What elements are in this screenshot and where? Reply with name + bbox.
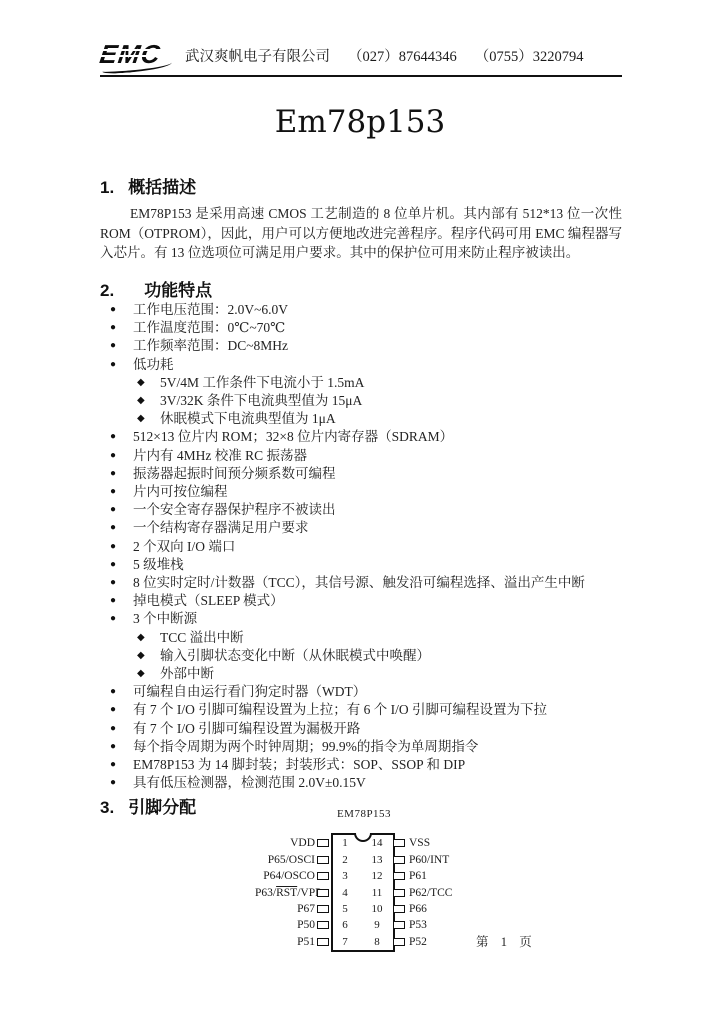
feature-item: EM78P153 为 14 脚封装；封装形式：SOP、SSOP 和 DIP (100, 756, 612, 774)
pin-stub (317, 938, 329, 946)
pin-rows: VDD 1 14 VSS P65/OSCI 2 13 P60/INT P64/O… (255, 835, 495, 950)
section-heading-pinout: 3.引脚分配 (100, 793, 196, 818)
document-page: EMC 武汉爽帆电子有限公司（027）87644346（0755）3220794… (0, 0, 720, 1012)
section-number: 3. (100, 798, 114, 818)
pin-stub (317, 905, 329, 913)
pin-diagram: EM78P153 VDD 1 14 VSS P65/OSCI 2 13 P60/… (255, 806, 495, 966)
pin-stub (393, 856, 405, 864)
pin-label-p65-osci: P65/OSCI (255, 854, 317, 866)
pin-number: 9 (361, 919, 393, 931)
phone-number-1: （027）87644346 (348, 49, 457, 65)
page-number: 第 1 页 (476, 932, 534, 950)
pin-number: 6 (329, 919, 361, 931)
page-title: Em78p153 (0, 104, 720, 140)
feature-item: 每个指令周期为两个时钟周期；99.9%的指令为单周期指令 (100, 738, 612, 756)
pin-label-p50: P50 (255, 919, 317, 931)
pin-stub (317, 872, 329, 880)
feature-item: 一个结构寄存器满足用户要求 (100, 519, 612, 537)
pin-label-vss: VSS (405, 837, 485, 849)
pin-row: P67 5 10 P66 (255, 901, 495, 917)
section-heading-features: 2.功能特点 (100, 276, 212, 301)
pin-number: 5 (329, 903, 361, 915)
pin-number: 1 (329, 837, 361, 849)
feature-subitem: 休眠模式下电流典型值为 1μA (100, 410, 612, 428)
pin-stub (393, 905, 405, 913)
pin-stub (393, 938, 405, 946)
section-title: 引脚分配 (128, 793, 196, 818)
chip-label: EM78P153 (319, 808, 409, 820)
feature-item: 工作电压范围：2.0V~6.0V (100, 301, 612, 319)
pin-number: 13 (361, 854, 393, 866)
feature-item: 片内可按位编程 (100, 483, 612, 501)
pin-stub (393, 889, 405, 897)
pin-stub (393, 921, 405, 929)
feature-item: 工作频率范围：DC~8MHz (100, 337, 612, 355)
feature-item: 512×13 位片内 ROM；32×8 位片内寄存器（SDRAM） (100, 428, 612, 446)
pin-number: 7 (329, 936, 361, 948)
pin-label-p53: P53 (405, 919, 485, 931)
section-title: 功能特点 (144, 276, 212, 301)
feature-item: 片内有 4MHz 校准 RC 振荡器 (100, 447, 612, 465)
pin-label-p52: P52 (405, 936, 485, 948)
pin-stub (317, 856, 329, 864)
pin-row: P64/OSCO 3 12 P61 (255, 868, 495, 884)
feature-item: 掉电模式（SLEEP 模式） (100, 592, 612, 610)
pin-label-p67: P67 (255, 903, 317, 915)
feature-subitem: 外部中断 (100, 665, 612, 683)
pin-row: P65/OSCI 2 13 P60/INT (255, 851, 495, 867)
feature-list: 工作电压范围：2.0V~6.0V 工作温度范围：0℃~70℃ 工作频率范围：DC… (100, 301, 612, 792)
pin-label-p62-tcc: P62/TCC (405, 887, 485, 899)
feature-item: 8 位实时定时/计数器（TCC），其信号源、触发沿可编程选择、溢出产生中断 (100, 574, 612, 592)
pin-label-part-overline: RST (276, 887, 297, 899)
pin-number: 8 (361, 936, 393, 948)
overview-paragraph: EM78P153 是采用高速 CMOS 工艺制造的 8 位单片机。其内部有 51… (100, 204, 622, 263)
feature-item: 有 7 个 I/O 引脚可编程设置为上拉；有 6 个 I/O 引脚可编程设置为下… (100, 701, 612, 719)
section-number: 2. (100, 281, 114, 301)
feature-item: 工作温度范围：0℃~70℃ (100, 319, 612, 337)
feature-item: 2 个双向 I/O 端口 (100, 538, 612, 556)
pin-row: P51 7 8 P52 (255, 934, 495, 950)
section-title: 概括描述 (128, 173, 196, 198)
phone-number-2: （0755）3220794 (475, 49, 584, 65)
feature-item: 3 个中断源 (100, 610, 612, 628)
pin-stub (317, 839, 329, 847)
pin-row: P63/RST/VPP 4 11 P62/TCC (255, 884, 495, 900)
pin-stub (393, 839, 405, 847)
emc-logo: EMC (100, 40, 178, 70)
feature-item: 低功耗 (100, 356, 612, 374)
feature-item: 5 级堆栈 (100, 556, 612, 574)
section-number: 1. (100, 178, 114, 198)
pin-label-p60-int: P60/INT (405, 854, 485, 866)
pin-number: 12 (361, 870, 393, 882)
pin-stub (317, 889, 329, 897)
section-heading-overview: 1.概括描述 (100, 173, 196, 198)
pin-row: VDD 1 14 VSS (255, 835, 495, 851)
logo-stripe (100, 49, 166, 51)
pin-number: 10 (361, 903, 393, 915)
pin-number: 3 (329, 870, 361, 882)
pin-label-p66: P66 (405, 903, 485, 915)
feature-subitem: 5V/4M 工作条件下电流小于 1.5mA (100, 374, 612, 392)
company-name: 武汉爽帆电子有限公司 (185, 49, 330, 65)
pin-number: 11 (361, 887, 393, 899)
pin-label-p51: P51 (255, 936, 317, 948)
pin-label-p61: P61 (405, 870, 485, 882)
header-company-line: 武汉爽帆电子有限公司（027）87644346（0755）3220794 (185, 45, 584, 66)
pin-label-part: P63/ (255, 887, 276, 899)
feature-subitem: 输入引脚状态变化中断（从休眠模式中唤醒） (100, 647, 612, 665)
pin-stub (317, 921, 329, 929)
pin-stub (393, 872, 405, 880)
feature-item: 一个安全寄存器保护程序不被读出 (100, 501, 612, 519)
logo-stripe (100, 55, 166, 57)
pin-row: P50 6 9 P53 (255, 917, 495, 933)
feature-item: 具有低压检测器，检测范围 2.0V±0.15V (100, 774, 612, 792)
pin-number: 4 (329, 887, 361, 899)
pin-number: 2 (329, 854, 361, 866)
feature-item: 可编程自由运行看门狗定时器（WDT） (100, 683, 612, 701)
feature-item: 振荡器起振时间预分频系数可编程 (100, 465, 612, 483)
pin-number: 14 (361, 837, 393, 849)
pin-label-vdd: VDD (255, 837, 317, 849)
feature-subitem: 3V/32K 条件下电流典型值为 15μA (100, 392, 612, 410)
feature-subitem: TCC 溢出中断 (100, 629, 612, 647)
pin-label-p63-rst-vpp: P63/RST/VPP (255, 887, 317, 899)
feature-item: 有 7 个 I/O 引脚可编程设置为漏极开路 (100, 720, 612, 738)
pin-label-p64-osco: P64/OSCO (255, 870, 317, 882)
page-header: EMC 武汉爽帆电子有限公司（027）87644346（0755）3220794 (100, 38, 622, 77)
